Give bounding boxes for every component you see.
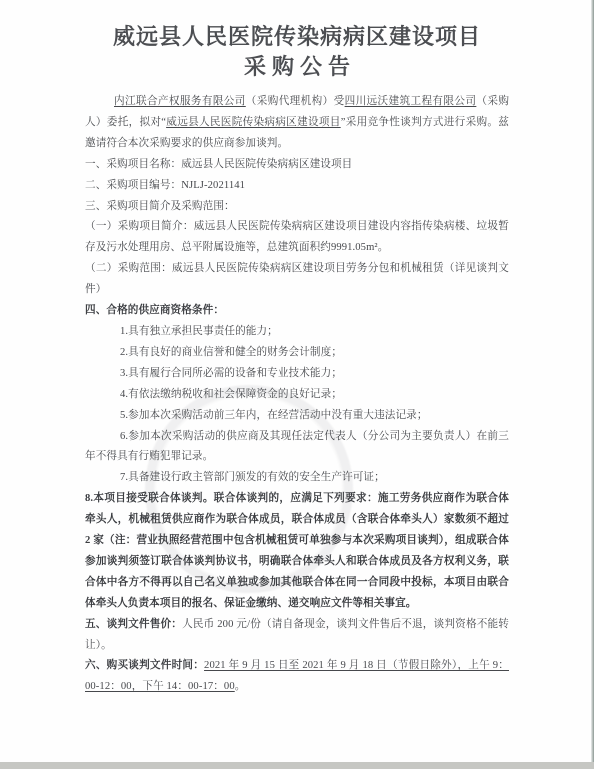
qualification-condition-1: 1.具有独立承担民事责任的能力；: [85, 322, 509, 343]
document-title: 威远县人民医院传染病病区建设项目 采购公告: [0, 22, 594, 82]
qualification-condition-2: 2.具有良好的商业信誉和健全的财务会计制度；: [85, 343, 509, 364]
qualification-condition-3: 3.具有履行合同所必需的设备和专业技术能力；: [85, 364, 509, 385]
section-scope-heading: 三、采购项目简介及采购范围：: [85, 197, 509, 218]
project-name: 威远县人民医院传染病病区建设项目: [166, 117, 341, 128]
scanned-document-page: 威远县人民医院传染病病区建设项目 采购公告 内江联合产权服务有限公司（采购代理机…: [0, 0, 594, 769]
qualification-condition-6: 6.参加本次采购活动的供应商及其现任法定代表人（分公司为主要负责人）在前三年不得…: [85, 427, 509, 469]
scan-edge-bottom: [0, 762, 594, 769]
section-qualification-heading: 四、合格的供应商资格条件：: [85, 301, 509, 322]
document-price-label: 五、谈判文件售价：: [85, 619, 182, 630]
document-title-line2: 采购公告: [0, 52, 594, 82]
project-number-label: 二、采购项目编号：: [85, 180, 181, 191]
intro-paragraph: 内江联合产权服务有限公司（采购代理机构）受四川远沃建筑工程有限公司（采购人）委托…: [85, 92, 509, 155]
document-title-line1: 威远县人民医院传染病病区建设项目: [0, 22, 594, 52]
qualification-condition-8-consortium: 8.本项目接受联合体谈判。联合体谈判的，应满足下列要求：施工劳务供应商作为联合体…: [85, 489, 509, 614]
scope-sub1-project-intro: （一）采购项目简介：威远县人民医院传染病病区建设项目建设内容指传染病楼、垃圾暂存…: [85, 217, 509, 259]
qualification-condition-5: 5.参加本次采购活动前三年内，在经营活动中没有重大违法记录；: [85, 406, 509, 427]
section-project-number: 二、采购项目编号：NJLJ-2021141: [85, 176, 509, 197]
qualification-condition-4: 4.有依法缴纳税收和社会保障资金的良好记录；: [85, 385, 509, 406]
qualification-condition-7: 7.具备建设行政主管部门颁发的有效的安全生产许可证；: [85, 468, 509, 489]
scope-sub2-procurement-range: （二）采购范围：威远县人民医院传染病病区建设项目劳务分包和机械租赁（详见谈判文件…: [85, 259, 509, 301]
purchaser-name: 四川远沃建筑工程有限公司: [345, 96, 477, 107]
project-number-value: NJLJ-2021141: [181, 180, 245, 191]
intro-text-role: （采购代理机构）受: [246, 96, 345, 107]
procurement-agency-name: 内江联合产权服务有限公司: [114, 96, 246, 107]
section-project-name: 一、采购项目名称：威远县人民医院传染病病区建设项目: [85, 155, 509, 176]
purchase-time-period: 。: [235, 681, 246, 692]
section-document-price: 五、谈判文件售价：人民币 200 元/份（请自备现金，谈判文件售后不退，谈判资格…: [85, 615, 509, 657]
purchase-time-label: 六、购买谈判文件时间：: [85, 660, 204, 671]
document-body: 内江联合产权服务有限公司（采购代理机构）受四川远沃建筑工程有限公司（采购人）委托…: [85, 92, 509, 698]
section-purchase-time: 六、购买谈判文件时间：2021 年 9 月 15 日至 2021 年 9 月 1…: [85, 656, 509, 698]
